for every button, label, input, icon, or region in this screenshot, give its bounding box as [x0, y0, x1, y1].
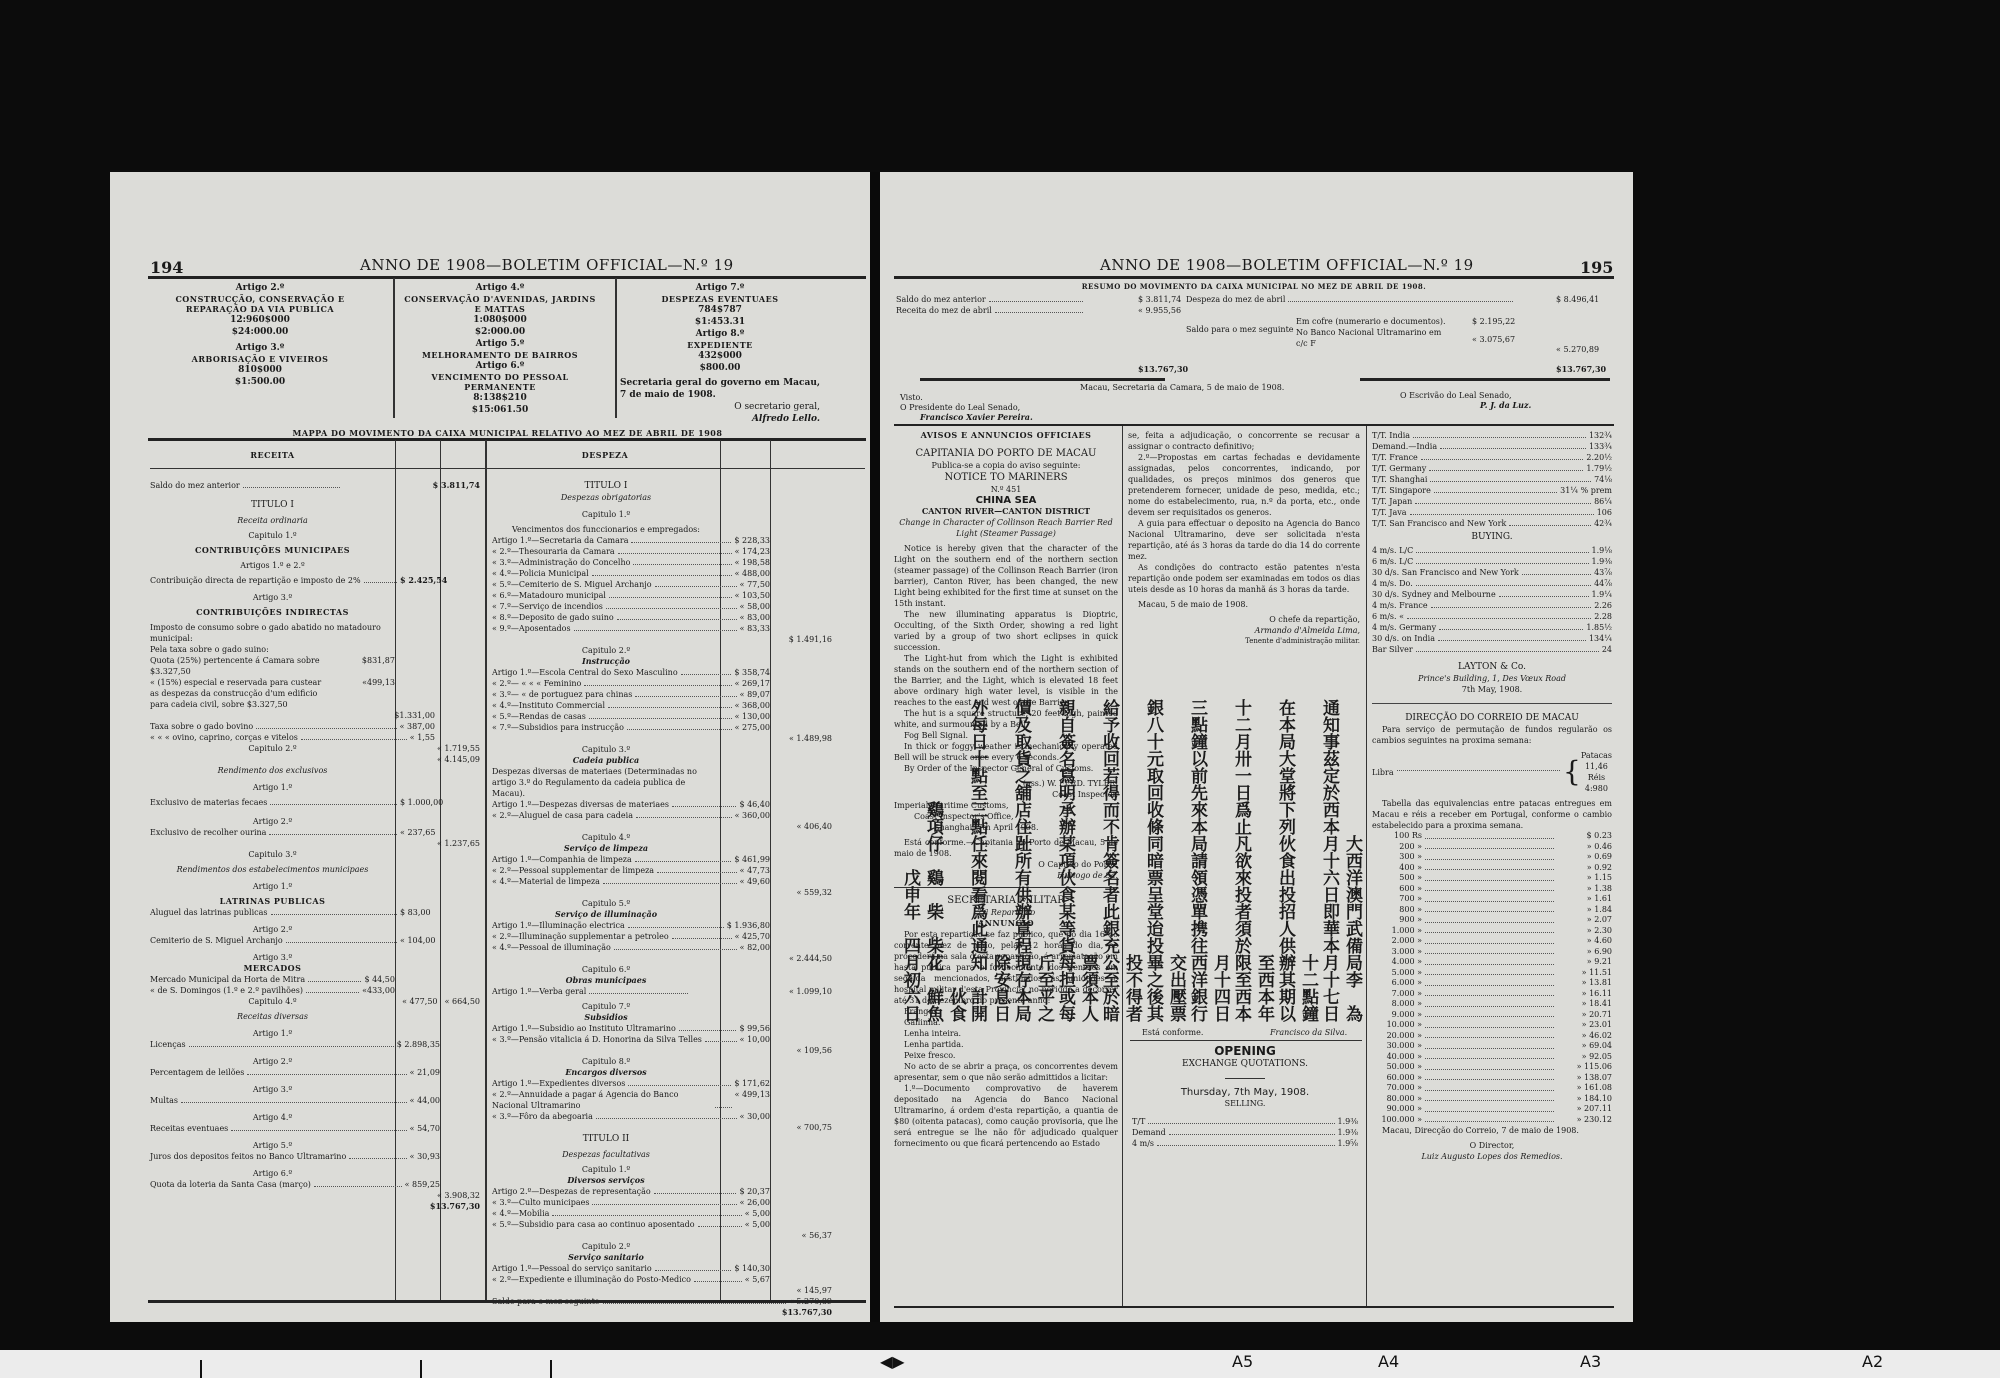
subtotal: « 700,75: [492, 1122, 832, 1133]
capitulo-sub: Instrucção: [492, 656, 720, 667]
value: $ 44,50: [364, 974, 395, 985]
artigo-title: Despezas eventuaes: [620, 294, 820, 304]
artigo-label: Artigo 6.º: [400, 360, 600, 372]
value: 1.9⅜: [1338, 1127, 1358, 1138]
label: T/T. Singapore: [1372, 485, 1431, 496]
label: Quota (25%) pertencente á Camara sobre $…: [150, 655, 330, 677]
cjk-column: 給予收回若得而不肯簽名者此銀充公至於暗票須本人: [1077, 687, 1119, 1022]
list-item: Artigo 1.º—Verba geral« 1.099,10: [492, 986, 832, 997]
list-item: « 3.º—Fôro da abegoaria« 30,00: [492, 1111, 770, 1122]
label: Multas: [150, 1095, 178, 1106]
artigo-title: Conservação d'Avenidas, Jardins e Mattas: [400, 294, 600, 314]
value: $ 2.425,54: [400, 575, 480, 586]
list-item: Artigo 1.º—Despezas diversas de materiae…: [492, 799, 770, 810]
film-mark: A5: [1232, 1352, 1253, 1371]
table-row: 90.000 »» 207.11: [1372, 1104, 1612, 1115]
value: «433,00: [362, 985, 395, 996]
label: « 2.º— « « « Feminino: [492, 678, 581, 689]
label: « 8.º—Deposito de gado suino: [492, 612, 614, 623]
table-row: 1.000 »» 2.30: [1372, 926, 1612, 937]
patacas-cell: » 6.90: [1557, 947, 1612, 958]
list-item: 6 m/s. L/C1.9⅜: [1372, 556, 1612, 567]
table-row: 900 »» 2.07: [1372, 915, 1612, 926]
table-row: 600 »» 1.38: [1372, 884, 1612, 895]
cjk-column: 外每日十點至三點任來閱看爲此通知 計開伙食: [945, 687, 987, 1022]
label: « 7.º—Serviço de incendios: [492, 601, 603, 612]
list-item: « 3.º—Culto municipaes« 26,00: [492, 1197, 770, 1208]
contrib-row: Contribuição directa de repartição e imp…: [150, 575, 480, 586]
value: «499,13: [362, 677, 395, 710]
list-item: « 6.º—Matadouro municipal« 103,50: [492, 590, 770, 601]
label: No Banco Nacional Ultramarino em c/c F: [1296, 327, 1446, 349]
value: 106: [1597, 507, 1612, 518]
table-row: 9.000 »» 20.71: [1372, 1010, 1612, 1021]
cjk-column: 鷄項仔 鷄 柴 柴花 鮮魚: [922, 687, 943, 1022]
value: $ 46,40: [739, 799, 770, 810]
page-number: 194: [150, 258, 183, 277]
value: « 5.270,89: [1556, 344, 1599, 355]
value: 134¼: [1589, 633, 1612, 644]
subtotal: « 559,32: [492, 887, 832, 898]
list-item: « 5.º—Subsidio para casa ao continuo apo…: [492, 1219, 770, 1230]
label: Saldo do mez anterior: [896, 294, 986, 305]
table-row: 7.000 »» 16.11: [1372, 989, 1612, 1000]
value: 1.85½: [1586, 622, 1612, 633]
table-row: 40.000 »» 92.05: [1372, 1052, 1612, 1063]
list-item: 30 d/s. on India134¼: [1372, 633, 1612, 644]
date: Macau, Direcção do Correio, 7 de maio de…: [1372, 1125, 1612, 1136]
despeza-row: Despeza do mez de abril: [1186, 294, 1516, 305]
amount-reis: 784$787: [620, 304, 820, 316]
firm-address: Prince's Building, 1, Des Vœux Road: [1372, 673, 1612, 684]
label: « 4.º—Instituto Commercial: [492, 700, 605, 711]
value: 1.9⅝: [1338, 1138, 1358, 1149]
label: « 3.º—Fôro da abegoaria: [492, 1111, 593, 1122]
heading: CANTON RIVER—CANTON DISTRICT: [894, 506, 1118, 517]
label: 30 d/s. on India: [1372, 633, 1435, 644]
reis-cell: 90.000 »: [1372, 1104, 1422, 1115]
paragraph: As condições do contracto estão patentes…: [1128, 562, 1360, 595]
value: 31¼ % prem: [1560, 485, 1612, 496]
list-item: Demand1.9⅜: [1132, 1127, 1358, 1138]
artigo: Artigo 5.º: [150, 1140, 395, 1151]
label: « 3.º— « de portuguez para chinas: [492, 689, 632, 700]
value: « 82,00: [740, 942, 770, 953]
page-number: 195: [1580, 258, 1613, 277]
budget-col-2: Artigo 4.º Conservação d'Avenidas, Jardi…: [400, 282, 600, 416]
value: « 499,13: [735, 1089, 770, 1111]
value: « 477,50: [402, 996, 437, 1007]
list-item: Artigo 1.º—Subsidio ao Instituto Ultrama…: [492, 1023, 770, 1034]
list-item: « 4.º—Policia Municipal« 488,00: [492, 568, 770, 579]
column-divider: [393, 278, 395, 418]
list-item: 30 d/s. San Francisco and New York43⅞: [1372, 567, 1612, 578]
label: « 2.º—Expediente e illuminação do Posto-…: [492, 1274, 691, 1285]
label: Demand: [1132, 1127, 1166, 1138]
label: Artigo 1.º—Escola Central do Sexo Mascul…: [492, 667, 678, 678]
reis-cell: 9.000 »: [1372, 1010, 1422, 1021]
list-item: « 9.º—Aposentados« 83,33: [492, 623, 770, 634]
mitra-row: Mercado Municipal da Horta de Mitra$ 44,…: [150, 974, 395, 985]
ovino-row: « « « ovino, caprino, corças e vitelos« …: [150, 732, 435, 743]
list-item: Quota da loteria da Santa Casa (março)« …: [150, 1179, 440, 1190]
table-row: 300 »» 0.69: [1372, 852, 1612, 863]
reis-cell: 1.000 »: [1372, 926, 1422, 937]
patacas-cell: » 92.05: [1557, 1052, 1612, 1063]
film-tick: [550, 1360, 552, 1378]
label: T/T. India: [1372, 430, 1410, 441]
despeza-header: DESPEZA: [490, 450, 720, 460]
label: T/T. France: [1372, 452, 1418, 463]
list-item: 4 m/s. L/C1.9⅛: [1372, 545, 1612, 556]
capitulo-sub: Serviço sanitario: [492, 1252, 720, 1263]
label: Receitas eventuaes: [150, 1123, 228, 1134]
cjk-column: 親自簽名寫明承辦某項伙食某等貨每担或每斤至平之: [1033, 687, 1075, 1022]
label: « 3.º—Culto municipaes: [492, 1197, 589, 1208]
label: Receita do mez de abril: [896, 305, 992, 316]
list-item: « 5.º—Cemiterio de S. Miguel Archanjo« 7…: [492, 579, 770, 590]
equivalence-table: 100 Rs$ 0.23200 »» 0.46300 »» 0.69400 »»…: [1372, 831, 1612, 1125]
label: Exclusivo de materias fecaes: [150, 797, 267, 808]
label: « 2.º—Illuminação supplementar a petrole…: [492, 931, 669, 942]
reis-cell: 50.000 »: [1372, 1062, 1422, 1073]
amount-dollars: $2:000.00: [400, 326, 600, 338]
list-item: 4 m/s. Germany1.85½: [1372, 622, 1612, 633]
capitulo: Capitulo 2.º: [150, 743, 395, 754]
page-194: 194 ANNO DE 1908—BOLETIM OFFICIAL—N.º 19…: [110, 172, 885, 1322]
column-divider: [615, 278, 617, 418]
list-item: Peixe fresco.: [894, 1050, 1118, 1061]
subtotal: « 1.489,98: [492, 733, 832, 744]
label: « 2.º—Pessoal supplementar de limpeza: [492, 865, 654, 876]
selling-list-part1: T/T1.9⅜ Demand1.9⅜ 4 m/s1.9⅝: [1132, 1116, 1358, 1149]
label: « 3.º—Administração do Concelho: [492, 557, 630, 568]
capitulo-sub: Receitas diversas: [150, 1011, 395, 1022]
value: 86¼: [1594, 496, 1612, 507]
libra-row: Libra { Patacas 11,46 Réis 4:980: [1372, 750, 1612, 794]
subtotal: $ 1.491,16: [492, 634, 832, 645]
list-item: T/T. Singapore31¼ % prem: [1372, 485, 1612, 496]
label: « de S. Domingos (1.º e 2.º pavilhões): [150, 985, 303, 996]
table-row: 30.000 »» 69.04: [1372, 1041, 1612, 1052]
mercados-total-row: Capitulo 4.º« 477,50« 664,50: [150, 996, 480, 1007]
capitulo: Capitulo 5.º: [492, 898, 720, 909]
amount-dollars: $24:000.00: [150, 326, 370, 338]
film-mark: A3: [1580, 1352, 1601, 1371]
patacas-cell: » 11.51: [1557, 968, 1612, 979]
table-row: 80.000 »» 184.10: [1372, 1094, 1612, 1105]
despeza-column: TITULO I Despezas obrigatorias Capitulo …: [492, 480, 862, 1318]
list-item: « 2.º—Aluguel de casa para cadeia« 360,0…: [492, 810, 770, 821]
macau-date: Macau, Secretaria da Camara, 5 de maio d…: [1080, 382, 1284, 393]
capitulo-sub: Serviço de limpeza: [492, 843, 720, 854]
value: 1.9¼: [1592, 589, 1612, 600]
value: « 30,00: [740, 1111, 770, 1122]
notice-number: N.º 451: [894, 484, 1118, 495]
value: « 387,00: [400, 721, 435, 732]
patacas-cell: » 16.11: [1557, 989, 1612, 1000]
patacas-cell: » 207.11: [1557, 1104, 1612, 1115]
value: $ 171,62: [734, 1078, 770, 1089]
list-item: « 4.º—Pessoal de illuminação« 82,00: [492, 942, 770, 953]
list-item: Artigo 1.º—Illuminação electrica$ 1.936,…: [492, 920, 770, 931]
label: Despeza do mez de abril: [1186, 294, 1285, 305]
table-row: 50.000 »» 115.06: [1372, 1062, 1612, 1073]
label: Artigo 1.º—Secretaria da Camara: [492, 535, 628, 546]
col-line: [485, 440, 487, 1300]
table-bottom-rule: [148, 1300, 866, 1303]
reis-cell: 500 »: [1372, 873, 1422, 884]
reis-cell: 6.000 »: [1372, 978, 1422, 989]
selling-heading: SELLING.: [1128, 1098, 1362, 1109]
value: « 1,55: [410, 732, 435, 743]
table-row: 60.000 »» 138.07: [1372, 1073, 1612, 1084]
list-item: T/T. San Francisco and New York42¾: [1372, 518, 1612, 529]
artigo: Artigo 6.º: [150, 1168, 395, 1179]
value: « 83,00: [740, 612, 770, 623]
list-item: Percentagem de leilões« 21,09: [150, 1067, 440, 1078]
value: 44⅞: [1594, 578, 1612, 589]
label: Quota da loteria da Santa Casa (março): [150, 1179, 311, 1190]
signature-name: Luiz Augusto Lopes dos Remedios.: [1372, 1151, 1612, 1162]
presidente-name: Francisco Xavier Pereira.: [920, 412, 1033, 423]
table-row: 400 »» 0.92: [1372, 863, 1612, 874]
mappa-title: MAPPA DO MOVIMENTO DA CAIXA MUNICIPAL RE…: [150, 428, 865, 438]
exchange-column: T/T. India132¾ Demand.—India133¾ T/T. Fr…: [1372, 430, 1612, 1162]
subtotal: « 145,97: [492, 1285, 832, 1296]
artigo-label: Artigo 8.º: [620, 328, 820, 340]
value: $ 3.811,74: [1138, 294, 1181, 305]
titulo: TITULO II: [492, 1133, 720, 1145]
amount-dollars: $15:061.50: [400, 404, 600, 416]
value: $ 1.936,80: [727, 920, 770, 931]
capitulo: Capitulo 1.º: [492, 1164, 720, 1175]
cjk-column: 價及取貨之舖店住趾所有供辦章程現存本局除安息日: [989, 687, 1031, 1022]
label: T/T. Germany: [1372, 463, 1426, 474]
header-rule: [894, 276, 1614, 279]
capitulo-sub: Rendimento dos exclusivos: [150, 765, 395, 776]
list-item: T/T. Shanghai74⅛: [1372, 474, 1612, 485]
exchange-date: Thursday, 7th May, 1908.: [1128, 1087, 1362, 1098]
value: « 21,09: [410, 1067, 440, 1078]
list-item: « 2.º—Pessoal supplementar de limpeza« 4…: [492, 865, 770, 876]
list-item: « 2.º—Expediente e illuminação do Posto-…: [492, 1274, 770, 1285]
value: $ 2.195,22: [1472, 316, 1515, 327]
total: $13.767,30: [1138, 364, 1188, 375]
label: Artigo 2.º—Despezas de representação: [492, 1186, 651, 1197]
label: Saldo para o mez seguinte: [1186, 324, 1294, 335]
artigo-label: Artigo 2.º: [150, 282, 370, 294]
divider: [1372, 703, 1612, 704]
section-title: AVISOS E ANNUNCIOS OFFICIAES: [894, 430, 1118, 441]
value: « 198,58: [735, 557, 770, 568]
label: « 2.º—Thesouraria da Camara: [492, 546, 615, 557]
list-item: Artigo 1.º—Secretaria da Camara$ 228,33: [492, 535, 770, 546]
value: $1.331,00: [150, 710, 435, 721]
value: « 3.908,32: [150, 1190, 480, 1201]
list-item: « 3.º—Administração do Concelho« 198,58: [492, 557, 770, 568]
brace-icon: {: [1563, 758, 1581, 786]
artigo-label: Artigo 7.º: [620, 282, 820, 294]
artigo: Artigos 1.º e 2.º: [150, 560, 395, 571]
capitulo: Capitulo 1.º: [150, 530, 395, 541]
value: 133¾: [1589, 441, 1612, 452]
reis-cell: 800 »: [1372, 905, 1422, 916]
divider: [1130, 1040, 1362, 1041]
value: 1.9⅜: [1338, 1116, 1358, 1127]
value: « 859,25: [405, 1179, 440, 1190]
capitulo-sub: Contribuições municipaes: [150, 545, 395, 556]
film-tick: [420, 1360, 422, 1378]
cjk-column: 三點鐘以前先來本局請領憑單携往西洋銀行交出壓票: [1165, 687, 1207, 1022]
value: 2.28: [1594, 611, 1612, 622]
amount-dollars: $1:453.31: [620, 316, 820, 328]
cap2-list: Artigo 1.º—Escola Central do Sexo Mascul…: [492, 667, 862, 744]
list-item: Multas« 44,00: [150, 1095, 440, 1106]
list-item: T/T. Japan86¼: [1372, 496, 1612, 507]
date: Macau, 5 de maio de 1908.: [1128, 599, 1360, 610]
film-mark: A2: [1862, 1352, 1883, 1371]
signer: Francisco da Silva.: [1270, 1027, 1347, 1038]
reis-cell: 40.000 »: [1372, 1052, 1422, 1063]
value: 11,46: [1581, 761, 1612, 772]
signature-role: O chefe da repartição,: [1128, 614, 1360, 625]
list-item: Artigo 1.º—Expedientes diversos$ 171,62: [492, 1078, 770, 1089]
patacas-cell: » 0.92: [1557, 863, 1612, 874]
list-item: T/T. France2.20½: [1372, 452, 1612, 463]
list-item: « 2.º— « « « Feminino« 269,17: [492, 678, 770, 689]
label: T/T. Java: [1372, 507, 1407, 518]
subtotal: « 1.099,10: [789, 986, 832, 997]
list-item: Artigo 1.º—Companhia de limpeza$ 461,99: [492, 854, 770, 865]
label: 6 m/s. «: [1372, 611, 1404, 622]
capitulo-sub: latrinas publicas: [150, 896, 395, 907]
titulo-sub: Receita ordinaria: [150, 515, 395, 526]
capitania-title: CAPITANIA DO PORTO DE MACAU: [894, 447, 1118, 460]
value: « 3.075,67: [1472, 334, 1515, 345]
titulo: TITULO I: [150, 499, 395, 511]
label: Artigo 1.º—Pessoal do serviço sanitario: [492, 1263, 652, 1274]
value: « 77,50: [740, 579, 770, 590]
value: 1.9⅛: [1592, 545, 1612, 556]
value: 43⅞: [1594, 567, 1612, 578]
artigo: Artigo 1.º: [150, 782, 395, 793]
value: « 104,00: [400, 935, 480, 946]
artigo-title: Arborisação e viveiros: [150, 354, 370, 364]
artigo: Artigo 2.º: [150, 924, 395, 935]
capitulo: Capitulo 8.º: [492, 1056, 720, 1067]
subtotal: « 109,56: [492, 1045, 832, 1056]
label: Artigo 1.º—Verba geral: [492, 986, 586, 997]
header-rule: [148, 276, 866, 279]
list-item: Artigo 2.º—Despezas de representação$ 20…: [492, 1186, 770, 1197]
paragraph: Publica-se a copia do aviso seguinte:: [894, 460, 1118, 471]
label: Contribuição directa de repartição e imp…: [150, 575, 361, 586]
capitulo: Capitulo 4.º: [150, 996, 395, 1007]
label: « 9.º—Aposentados: [492, 623, 571, 634]
receita-row: Receita do mez de abril: [896, 305, 1086, 316]
value: « 237,65: [400, 827, 480, 838]
value: « 5,00: [745, 1219, 770, 1230]
paragraph: Notice is hereby given that the characte…: [894, 543, 1118, 609]
film-arrow-icon: ◀▶: [880, 1352, 905, 1371]
cjk-column: 銀八十元取回收條同暗票呈堂迨投畢之後其投不得者: [1121, 687, 1163, 1022]
reis-cell: 4.000 »: [1372, 957, 1422, 968]
film-strip: [0, 1350, 2000, 1378]
list-item: « 3.º—Pensão vitalicia á D. Honorina da …: [492, 1034, 770, 1045]
patacas-cell: » 0.69: [1557, 852, 1612, 863]
artigo: Artigo 2.º: [150, 1056, 395, 1067]
militar-continued-column: se, feita a adjudicação, o concorrente s…: [1128, 430, 1360, 647]
budget-col-3: Artigo 7.º Despezas eventuaes 784$787 $1…: [620, 282, 820, 425]
value: « 275,00: [735, 722, 770, 733]
exchange-title: OPENING: [1128, 1044, 1362, 1058]
label: Bar Silver: [1372, 644, 1413, 655]
label: « 4.º—Policia Municipal: [492, 568, 589, 579]
patacas-cell: » 46.02: [1557, 1031, 1612, 1042]
subtotal: « 56,37: [492, 1230, 832, 1241]
chinese-notice: 大西洋澳門武備局李 為 通知事茲定於西本月十六日即華本月十七日十二點鐘 在本局大…: [1130, 687, 1362, 1022]
value: « 26,00: [740, 1197, 770, 1208]
value: Réis: [1581, 772, 1612, 783]
value: « 49,60: [740, 876, 770, 887]
divider: [1225, 1078, 1265, 1079]
artigo: Artigo 3.º: [150, 952, 395, 963]
label: Artigo 1.º—Despezas diversas de materiae…: [492, 799, 669, 810]
label: Saldo do mez anterior: [150, 480, 240, 491]
domingos-row: « de S. Domingos (1.º e 2.º pavilhões)«4…: [150, 985, 395, 996]
label: Em cofre (numerario e documentos).: [1296, 316, 1446, 327]
value: « 174,23: [735, 546, 770, 557]
label: « 6.º—Matadouro municipal: [492, 590, 606, 601]
reis-cell: 700 »: [1372, 894, 1422, 905]
list-item: 6 m/s. «2.28: [1372, 611, 1612, 622]
label: « 4.º—Material de limpeza: [492, 876, 600, 887]
subheading: Change in Character of Collinson Reach B…: [894, 517, 1118, 539]
value: « 9.955,56: [1138, 305, 1181, 316]
reis-cell: 900 »: [1372, 915, 1422, 926]
table-row: 20.000 »» 46.02: [1372, 1031, 1612, 1042]
artigo: Artigo 2.º: [150, 816, 395, 827]
list-item: « 7.º—Subsidios para instrucção« 275,00: [492, 722, 770, 733]
label: Licenças: [150, 1039, 186, 1050]
patacas-cell: » 115.06: [1557, 1062, 1612, 1073]
libra-values: Patacas 11,46 Réis 4:980: [1581, 750, 1612, 794]
correio-title: DIRECÇÃO DO CORREIO DE MACAU: [1372, 712, 1612, 724]
label: 6 m/s. L/C: [1372, 556, 1413, 567]
paragraph: Imposto de consumo sobre o gado abatido …: [150, 622, 395, 644]
total: $13.767,30: [1556, 364, 1606, 375]
grand-total: $13.767,30: [492, 1307, 832, 1318]
capitulo: Capitulo 3.º: [150, 849, 395, 860]
reis-cell: 7.000 »: [1372, 989, 1422, 1000]
cjk-column: 在本局大堂將下列伙食出投招人供辦其期以至西本年: [1253, 687, 1295, 1022]
value: $ 83,00: [400, 907, 480, 918]
label: Artigo 1.º—Subsidio ao Instituto Ultrama…: [492, 1023, 676, 1034]
patacas-cell: » 13.81: [1557, 978, 1612, 989]
label: T/T. Japan: [1372, 496, 1412, 507]
value: « 47,73: [740, 865, 770, 876]
paragraph: Despezas diversas de materiaes (Determin…: [492, 766, 720, 799]
reis-cell: 30.000 »: [1372, 1041, 1422, 1052]
capitulo: Capitulo 3.º: [492, 744, 720, 755]
signature-name: Armando d'Almeida Lima,: [1128, 625, 1360, 636]
value: $ 461,99: [734, 854, 770, 865]
list-item: « 5.º—Rendas de casas« 130,00: [492, 711, 770, 722]
table-row: 100.000 »» 230.12: [1372, 1115, 1612, 1126]
table-row: 6.000 »» 13.81: [1372, 978, 1612, 989]
value: $ 99,56: [739, 1023, 770, 1034]
